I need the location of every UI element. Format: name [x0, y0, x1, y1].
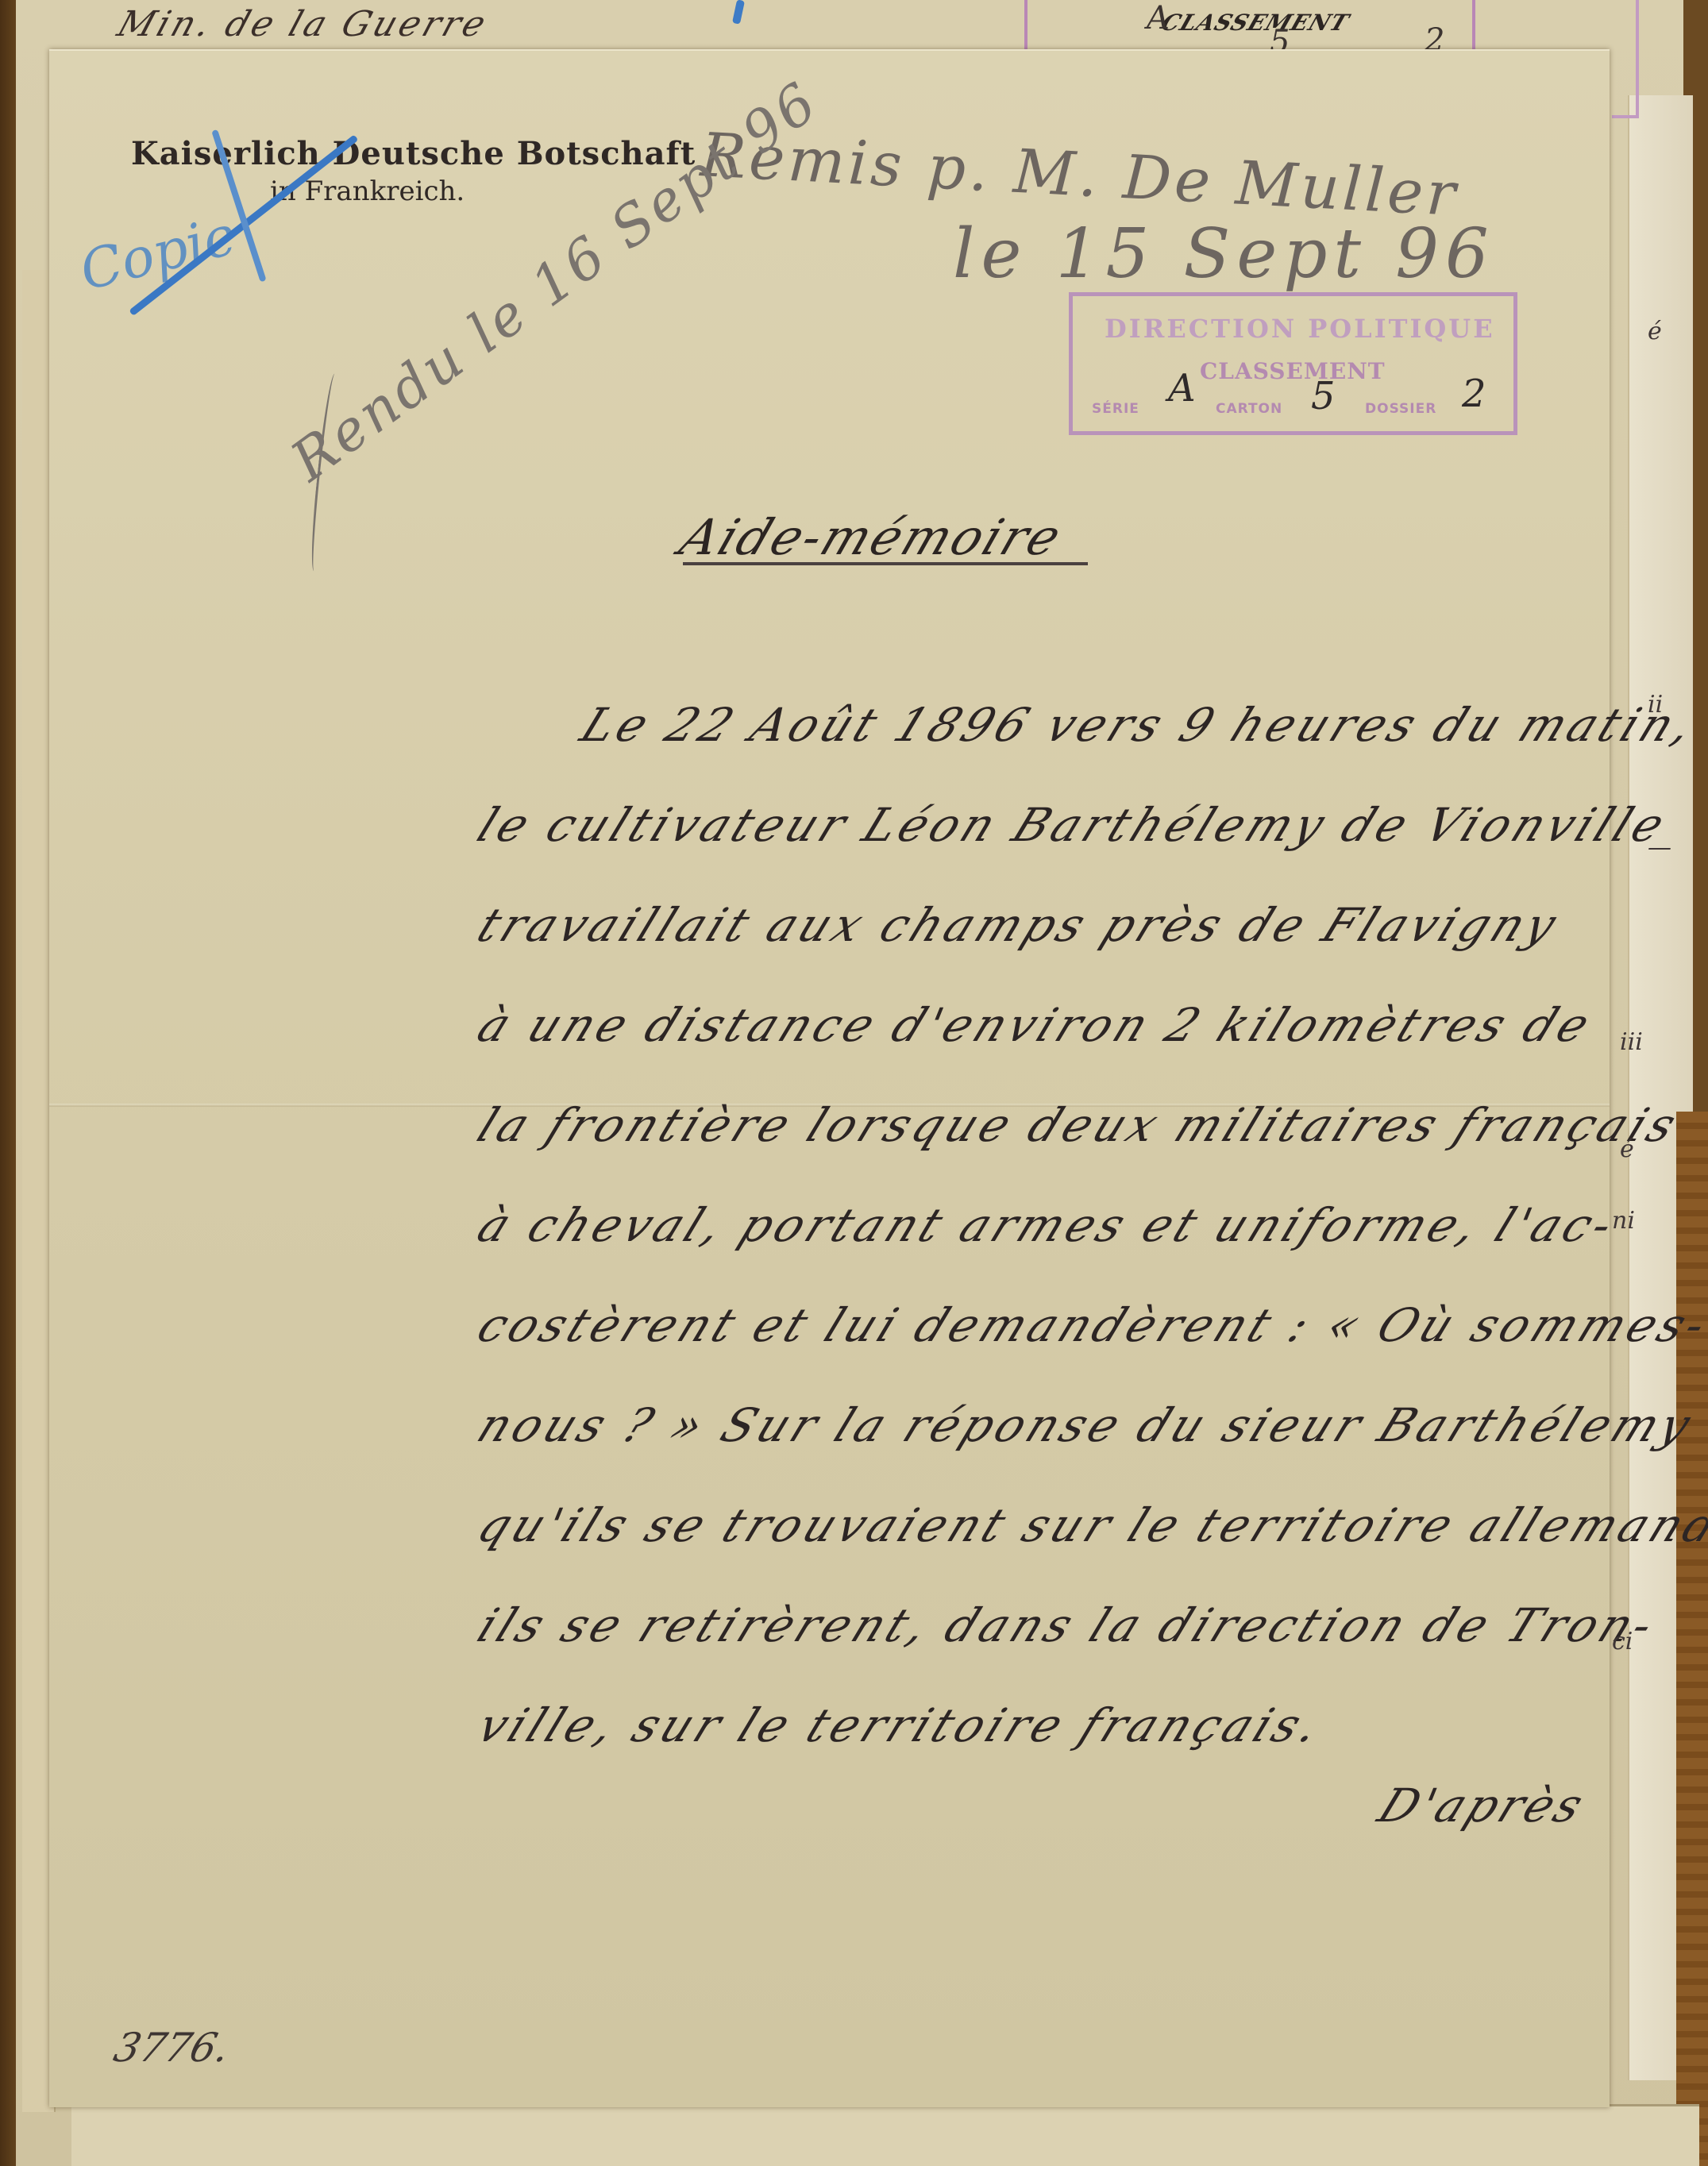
- body-line: la frontière lorsque deux militaires fra…: [461, 1075, 1621, 1175]
- body-line: à une distance d'environ 2 kilomètres de: [461, 975, 1621, 1075]
- stamp-carton-value: 5: [1311, 374, 1336, 418]
- desk-surface-right: [1676, 1112, 1708, 2166]
- classement-stamp: DIRECTION POLITIQUE CLASSEMENT SÉRIE A C…: [1069, 292, 1517, 435]
- document-body: Le 22 Août 1896 vers 9 heures du matin, …: [461, 675, 1580, 1775]
- stamp-dossier-label: DOSSIER: [1365, 401, 1436, 417]
- margin-fragment: —: [1648, 834, 1671, 861]
- margin-fragment: ni: [1612, 1207, 1635, 1235]
- title-underline: [683, 562, 1088, 565]
- stamp-title: CLASSEMENT: [1200, 358, 1386, 384]
- stamp-serie-label: SÉRIE: [1092, 401, 1139, 417]
- margin-fragment: é: [1620, 1135, 1634, 1163]
- body-line: costèrent et lui demandèrent : « Où somm…: [461, 1275, 1621, 1375]
- body-line: ville, sur le territoire français.: [461, 1675, 1621, 1775]
- closing-word: D'après: [1371, 1779, 1594, 1833]
- document-title: Aide-mémoire: [673, 508, 1071, 566]
- underlying-sheet-bottom-edge: [71, 2104, 1699, 2166]
- margin-fragment: iii: [1620, 1028, 1643, 1056]
- prior-document-note: Min. de la Guerre: [113, 4, 494, 44]
- prior-stamp-title: CLASSEMENT: [1158, 10, 1353, 36]
- body-line: Le 22 Août 1896 vers 9 heures du matin,: [461, 675, 1621, 775]
- body-line: à cheval, portant armes et uniforme, l'a…: [461, 1175, 1621, 1275]
- stamp-dossier-value: 2: [1462, 372, 1486, 416]
- stamp-serie-value: A: [1168, 366, 1196, 410]
- margin-fragment: ii: [1648, 691, 1663, 719]
- stamp-carton-label: CARTON: [1216, 401, 1282, 417]
- body-line: travaillait aux champs près de Flavigny: [461, 875, 1621, 975]
- margin-fragment: ci: [1612, 1628, 1633, 1655]
- pencil-note-date: le 15 Sept 96: [953, 214, 1495, 294]
- prior-stamp-outer-border: [1612, 0, 1639, 118]
- document-number: 3776.: [110, 2025, 235, 2071]
- body-line: le cultivateur Léon Barthélemy de Vionvi…: [461, 775, 1621, 875]
- body-line: ils se retirèrent, dans la direction de …: [461, 1575, 1621, 1675]
- stamp-header: DIRECTION POLITIQUE: [1105, 314, 1495, 344]
- body-line: nous ? » Sur la réponse du sieur Barthél…: [461, 1375, 1621, 1475]
- prior-stamp-serie: A: [1147, 0, 1170, 37]
- body-line: qu'ils se trouvaient sur le territoire a…: [461, 1475, 1621, 1575]
- margin-fragment: é: [1648, 318, 1662, 345]
